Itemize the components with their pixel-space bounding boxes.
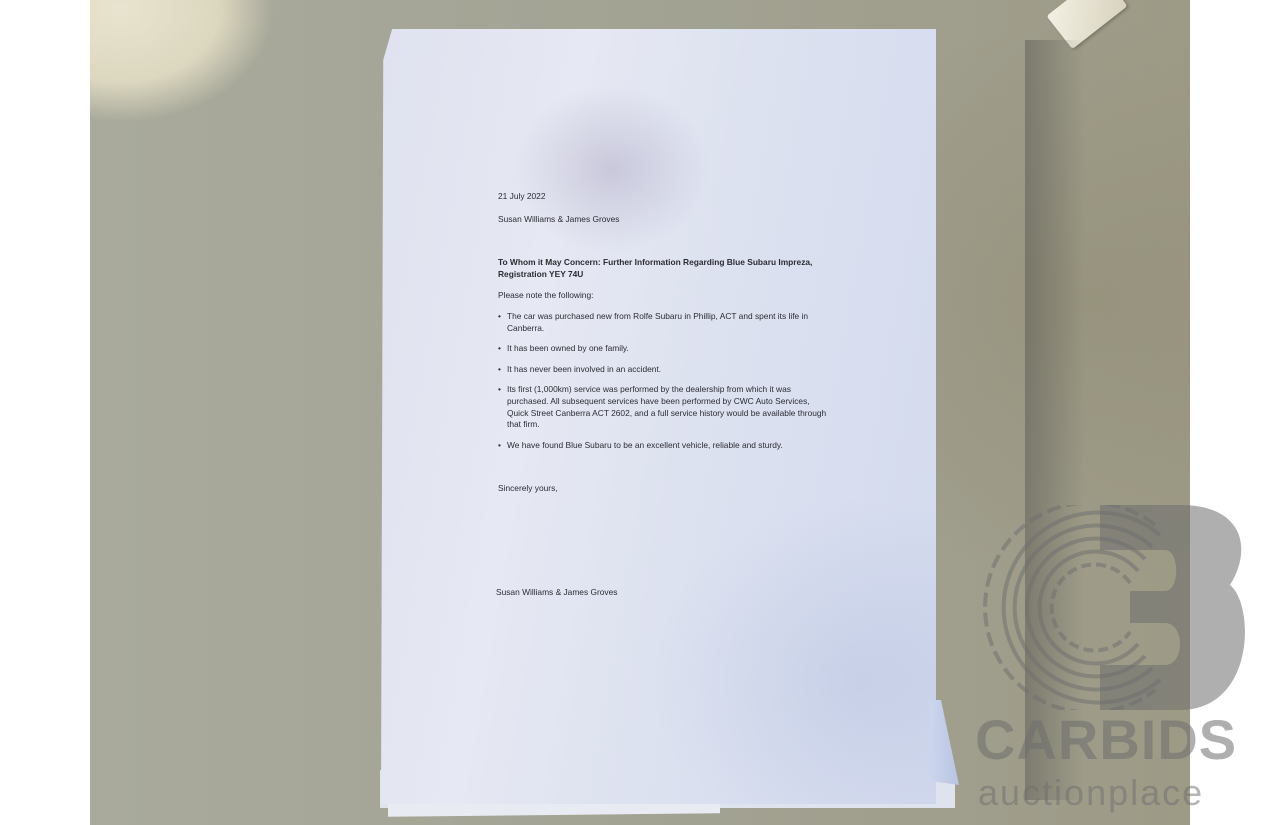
letter-bullet-list: The car was purchased new from Rolfe Sub… [498, 311, 828, 460]
letter-date: 21 July 2022 [498, 191, 546, 203]
letter-senders: Susan Williams & James Groves [498, 214, 619, 226]
list-item: The car was purchased new from Rolfe Sub… [498, 311, 828, 334]
letter-closing: Sincerely yours, [498, 483, 558, 495]
list-item: It has never been involved in an acciden… [498, 364, 828, 376]
list-item: We have found Blue Subaru to be an excel… [498, 440, 828, 452]
letter-intro: Please note the following: [498, 290, 593, 302]
paper-shadow [1025, 40, 1085, 800]
list-item: Its first (1,000km) service was performe… [498, 384, 828, 430]
list-item: It has been owned by one family. [498, 343, 828, 355]
letter-signature: Susan Williams & James Groves [496, 587, 617, 599]
letter-subject: To Whom it May Concern: Further Informat… [498, 257, 833, 280]
